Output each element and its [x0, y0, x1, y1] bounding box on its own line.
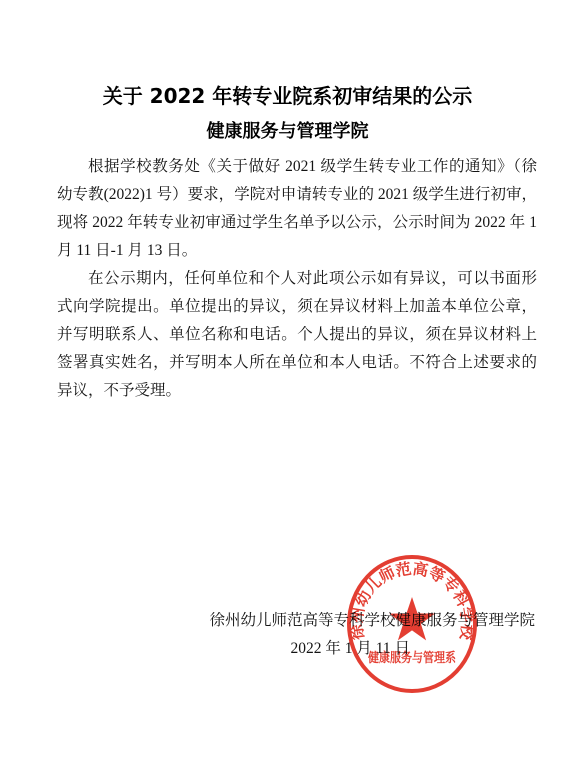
- page-subtitle: 健康服务与管理学院: [0, 121, 575, 142]
- body-paragraph-2: 在公示期内，任何单位和个人对此项公示如有异议，可以书面形式向学院提出。单位提出的…: [57, 265, 537, 405]
- page-title: 关于 2022 年转专业院系初审结果的公示: [0, 0, 575, 108]
- document-body: 根据学校教务处《关于做好 2021 级学生转专业工作的通知》（徐幼专教(2022…: [57, 153, 537, 405]
- body-paragraph-1: 根据学校教务处《关于做好 2021 级学生转专业工作的通知》（徐幼专教(2022…: [57, 153, 537, 265]
- signature-organization: 徐州幼儿师范高等专科学校健康服务与管理学院: [209, 607, 535, 635]
- document-page: 关于 2022 年转专业院系初审结果的公示 健康服务与管理学院 根据学校教务处《…: [0, 0, 575, 760]
- signature-block: 徐州幼儿师范高等专科学校健康服务与管理学院 2022 年 1 月 11 日: [209, 607, 535, 663]
- signature-date: 2022 年 1 月 11 日: [209, 635, 535, 663]
